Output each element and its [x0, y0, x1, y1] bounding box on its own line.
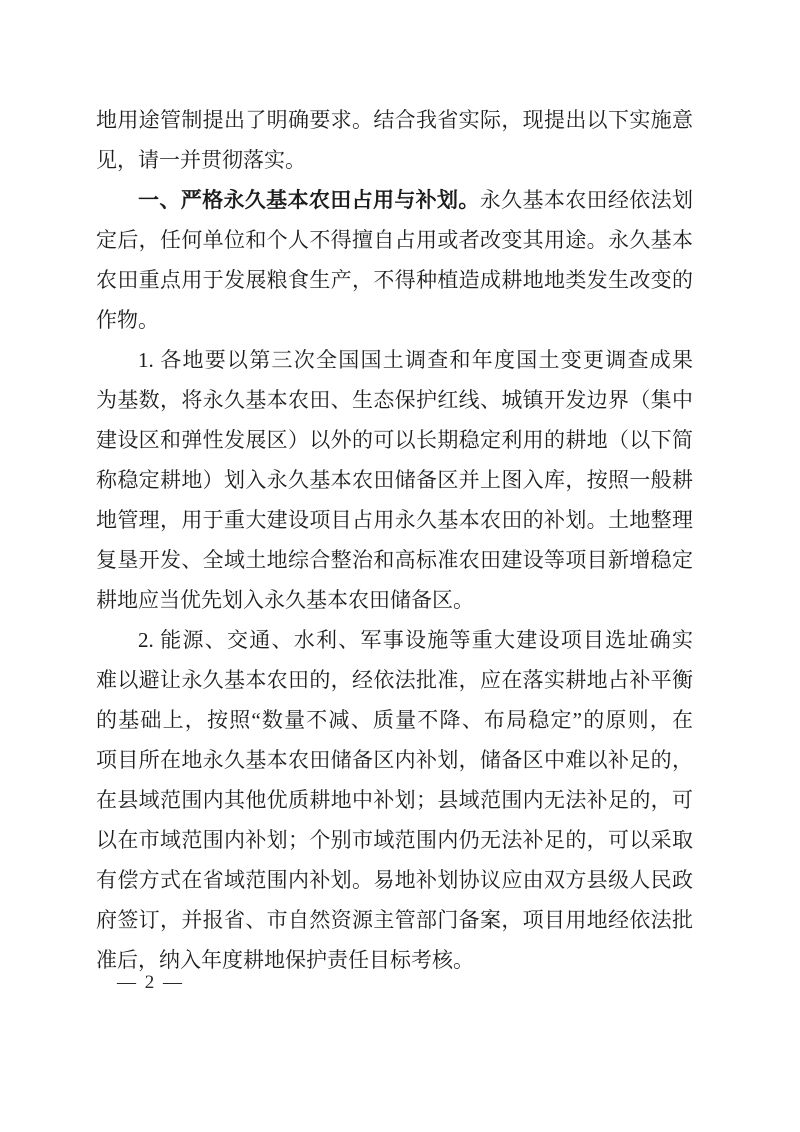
text-line: 复垦开发、全域土地综合整治和高标准农田建设等项目新增稳定: [96, 540, 693, 580]
text-line: 称稳定耕地）划入永久基本农田储备区并上图入库，按照一般耕: [96, 460, 693, 500]
section-heading-line: 一、严格永久基本农田占用与补划。永久基本农田经依法划: [96, 180, 693, 220]
text-line: 准后，纳入年度耕地保护责任目标考核。: [96, 940, 693, 980]
text-line: 地管理，用于重大建设项目占用永久基本农田的补划。土地整理: [96, 500, 693, 540]
document-page: 地用途管制提出了明确要求。结合我省实际，现提出以下实施意 见，请一并贯彻落实。 …: [0, 0, 800, 1132]
text-line: 有偿方式在省域范围内补划。易地补划协议应由双方县级人民政: [96, 860, 693, 900]
numbered-item-2-line: 2. 能源、交通、水利、军事设施等重大建设项目选址确实: [96, 620, 693, 660]
text-line: 为基数，将永久基本农田、生态保护红线、城镇开发边界（集中: [96, 380, 693, 420]
text-line: 地用途管制提出了明确要求。结合我省实际，现提出以下实施意: [96, 100, 693, 140]
text-line: 的基础上，按照“数量不减、质量不降、布局稳定”的原则，在: [96, 700, 693, 740]
section-heading: 一、严格永久基本农田占用与补划。: [138, 189, 480, 212]
text-line: 以在市域范围内补划；个别市域范围内仍无法补足的，可以采取: [96, 820, 693, 860]
text-line: 在县域范围内其他优质耕地中补划；县域范围内无法补足的，可: [96, 780, 693, 820]
heading-line-rest: 永久基本农田经依法划: [480, 188, 693, 212]
text-line: 作物。: [96, 300, 693, 340]
numbered-item-1-line: 1. 各地要以第三次全国国土调查和年度国土变更调查成果: [96, 340, 693, 380]
text-line: 项目所在地永久基本农田储备区内补划，储备区中难以补足的，: [96, 740, 693, 780]
text-line: 难以避让永久基本农田的，经依法批准，应在落实耕地占补平衡: [96, 660, 693, 700]
text-line: 农田重点用于发展粮食生产，不得种植造成耕地地类发生改变的: [96, 260, 693, 300]
text-line: 府签订，并报省、市自然资源主管部门备案，项目用地经依法批: [96, 900, 693, 940]
text-line: 见，请一并贯彻落实。: [96, 140, 693, 180]
text-line: 定后，任何单位和个人不得擅自占用或者改变其用途。永久基本: [96, 220, 693, 260]
text-line: 耕地应当优先划入永久基本农田储备区。: [96, 580, 693, 620]
page-number: — 2 —: [117, 971, 184, 995]
text-line: 建设区和弹性发展区）以外的可以长期稳定利用的耕地（以下简: [96, 420, 693, 460]
document-body: 地用途管制提出了明确要求。结合我省实际，现提出以下实施意 见，请一并贯彻落实。 …: [96, 100, 693, 980]
